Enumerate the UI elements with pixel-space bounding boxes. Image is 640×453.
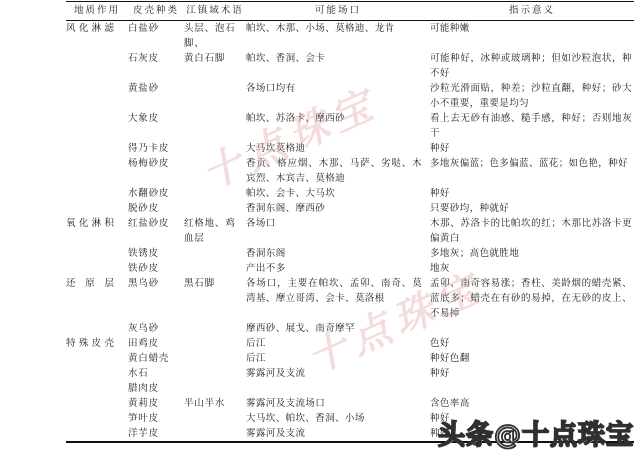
table-row: 石灰皮黄白石脚帕坎、香洞、会卡可能种好，冰种或玻璃种；但如沙粒泡状，种不好 [66, 51, 634, 81]
possible-sites-cell: 大马坎莫格迪 [246, 141, 430, 156]
skin-type-cell: 红盐砂皮 [128, 216, 184, 246]
table-row: 水石雾露河及支流种好 [66, 366, 634, 381]
indication-cell: 含色率高 [430, 396, 634, 411]
local-term-cell [184, 426, 246, 442]
indication-cell: 色好 [430, 336, 634, 351]
header-cell: 皮壳种类 [128, 2, 184, 21]
local-term-cell: 红格地、鸡血层 [184, 216, 246, 246]
indication-cell: 种好 [430, 186, 634, 201]
skin-type-cell: 大象皮 [128, 111, 184, 141]
skin-type-cell: 水石 [128, 366, 184, 381]
table-row: 水翻砂皮帕坎、会卡、大马坎种好 [66, 186, 634, 201]
indication-cell: 木那、苏洛卡的比帕坎的红；木那比苏洛卡更偏黄白 [430, 216, 634, 246]
possible-sites-cell: 香洞东阁 [246, 246, 430, 261]
local-term-cell: 头层、泡石脚、 [184, 21, 246, 52]
category-cell: 风化淋滤 [66, 21, 128, 217]
local-term-cell [184, 111, 246, 141]
jade-skin-table-wrap: 地质作用皮壳种类江镇域术语可能场口指示意义 风化淋滤白盐砂头层、泡石脚、帕坎、木… [66, 1, 634, 443]
scanned-page: 地质作用皮壳种类江镇域术语可能场口指示意义 风化淋滤白盐砂头层、泡石脚、帕坎、木… [0, 0, 640, 453]
skin-type-cell: 石灰皮 [128, 51, 184, 81]
skin-type-cell: 杨梅砂皮 [128, 156, 184, 186]
skin-type-cell: 白盐砂 [128, 21, 184, 52]
skin-type-cell: 笋叶皮 [128, 411, 184, 426]
possible-sites-cell: 雾露河及支流场口 [246, 396, 430, 411]
indication-cell: 种好 [430, 366, 634, 381]
possible-sites-cell: 各场口 [246, 216, 430, 246]
skin-type-cell: 黄白蜡壳 [128, 351, 184, 366]
possible-sites-cell: 产出不多 [246, 261, 430, 276]
header-cell: 地质作用 [66, 2, 128, 21]
indication-cell: 看上去无砂有油感、糙手感，种好；否则地灰干 [430, 111, 634, 141]
local-term-cell [184, 141, 246, 156]
local-term-cell: 黑石脚 [184, 276, 246, 321]
table-row: 铁锈皮香洞东阁多地灰；高色就胜地 [66, 246, 634, 261]
local-term-cell [184, 321, 246, 336]
header-cell: 指示意义 [430, 2, 634, 21]
category-cell: 特殊皮壳 [66, 336, 128, 442]
table-row: 得乃卡皮大马坎莫格迪种好 [66, 141, 634, 156]
local-term-cell [184, 366, 246, 381]
possible-sites-cell: 香贡、格应烟、木那、马萨、劣哒、木宾烈、木宾吉、莫格迪 [246, 156, 430, 186]
possible-sites-cell: 帕坎、木那、小场、莫格迪、龙肯 [246, 21, 430, 52]
table-row: 氧化淋积红盐砂皮红格地、鸡血层各场口木那、苏洛卡的比帕坎的红；木那比苏洛卡更偏黄… [66, 216, 634, 246]
table-row: 黄白蜡壳后江种好色翻 [66, 351, 634, 366]
category-cell: 氧化淋积 [66, 216, 128, 276]
table-row: 黄莉皮半山半水雾露河及支流场口含色率高 [66, 396, 634, 411]
header-cell: 可能场口 [246, 2, 430, 21]
header-cell: 江镇域术语 [184, 2, 246, 21]
possible-sites-cell: 香洞东阁、摩西砂 [246, 201, 430, 216]
local-term-cell [184, 411, 246, 426]
possible-sites-cell: 大马坎、帕坎、香洞、小场 [246, 411, 430, 426]
local-term-cell: 黄白石脚 [184, 51, 246, 81]
table-row: 还原层黑乌砂黑石脚各场口，主要在帕坎、孟卯、南奇、莫湾基、摩立哥湾、会卡、莫洛根… [66, 276, 634, 321]
indication-cell: 种好 [430, 141, 634, 156]
skin-type-cell: 铁锈皮 [128, 246, 184, 261]
possible-sites-cell: 各场口，主要在帕坎、孟卯、南奇、莫湾基、摩立哥湾、会卡、莫洛根 [246, 276, 430, 321]
indication-cell: 可能种好，冰种或玻璃种；但如沙粒泡状，种不好 [430, 51, 634, 81]
category-cell: 还原层 [66, 276, 128, 336]
skin-type-cell: 黄莉皮 [128, 396, 184, 411]
possible-sites-cell [246, 381, 430, 396]
local-term-cell [184, 246, 246, 261]
category-label: 特殊皮壳 [66, 336, 114, 351]
possible-sites-cell: 后江 [246, 336, 430, 351]
table-row: 腊肉皮 [66, 381, 634, 396]
local-term-cell [184, 201, 246, 216]
possible-sites-cell: 雾露河及支流 [246, 426, 430, 442]
table-row: 铁砂皮产出不多地灰 [66, 261, 634, 276]
possible-sites-cell: 帕坎、会卡、大马坎 [246, 186, 430, 201]
table-row: 黄盐砂各场口均有沙粒光滑面贴，种差；沙粒直翻，种好；砂大小不重要，重要是均匀 [66, 81, 634, 111]
local-term-cell [184, 336, 246, 351]
skin-type-cell: 田鸡皮 [128, 336, 184, 351]
local-term-cell [184, 186, 246, 201]
skin-type-cell: 洋芋皮 [128, 426, 184, 442]
indication-cell [430, 321, 634, 336]
indication-cell: 只要砂均，种就好 [430, 201, 634, 216]
skin-type-cell: 腊肉皮 [128, 381, 184, 396]
table-row: 特殊皮壳田鸡皮后江色好 [66, 336, 634, 351]
toutiao-account-badge: 头条@十点珠宝 [438, 413, 634, 452]
table-row: 大象皮帕坎、苏洛卡、摩西砂看上去无砂有油感、糙手感，种好；否则地灰干 [66, 111, 634, 141]
skin-type-cell: 黑乌砂 [128, 276, 184, 321]
local-term-cell: 半山半水 [184, 396, 246, 411]
indication-cell: 地灰 [430, 261, 634, 276]
indication-cell: 多地灰；高色就胜地 [430, 246, 634, 261]
possible-sites-cell: 帕坎、苏洛卡、摩西砂 [246, 111, 430, 141]
possible-sites-cell: 帕坎、香洞、会卡 [246, 51, 430, 81]
indication-cell [430, 381, 634, 396]
possible-sites-cell: 后江 [246, 351, 430, 366]
local-term-cell [184, 156, 246, 186]
local-term-cell [184, 351, 246, 366]
category-label: 氧化淋积 [66, 216, 114, 231]
indication-cell: 孟卯、南奇容易涨；香柱、美龄烟的蜡壳紧、蓝底多；蜡壳在有砂的易掉，在无砂的皮上、… [430, 276, 634, 321]
possible-sites-cell: 各场口均有 [246, 81, 430, 111]
indication-cell: 可能种嫩 [430, 21, 634, 52]
category-label: 风化淋滤 [66, 21, 114, 36]
local-term-cell [184, 261, 246, 276]
skin-type-cell: 铁砂皮 [128, 261, 184, 276]
table-row: 脱砂皮香洞东阁、摩西砂只要砂均，种就好 [66, 201, 634, 216]
local-term-cell [184, 381, 246, 396]
skin-type-cell: 黄盐砂 [128, 81, 184, 111]
category-label: 还原层 [66, 276, 114, 291]
possible-sites-cell: 摩西砂、展戈、南奇摩罕 [246, 321, 430, 336]
skin-type-cell: 脱砂皮 [128, 201, 184, 216]
table-row: 风化淋滤白盐砂头层、泡石脚、帕坎、木那、小场、莫格迪、龙肯可能种嫩 [66, 21, 634, 52]
jade-skin-table: 地质作用皮壳种类江镇域术语可能场口指示意义 风化淋滤白盐砂头层、泡石脚、帕坎、木… [66, 1, 634, 443]
local-term-cell [184, 81, 246, 111]
indication-cell: 多地灰偏蓝；色多偏蓝、蓝花；如色艳，种好 [430, 156, 634, 186]
skin-type-cell: 水翻砂皮 [128, 186, 184, 201]
table-body: 风化淋滤白盐砂头层、泡石脚、帕坎、木那、小场、莫格迪、龙肯可能种嫩石灰皮黄白石脚… [66, 21, 634, 443]
table-header-row: 地质作用皮壳种类江镇域术语可能场口指示意义 [66, 2, 634, 21]
skin-type-cell: 得乃卡皮 [128, 141, 184, 156]
skin-type-cell: 灰乌砂 [128, 321, 184, 336]
indication-cell: 沙粒光滑面贴，种差；沙粒直翻，种好；砂大小不重要，重要是均匀 [430, 81, 634, 111]
table-row: 杨梅砂皮香贡、格应烟、木那、马萨、劣哒、木宾烈、木宾吉、莫格迪多地灰偏蓝；色多偏… [66, 156, 634, 186]
possible-sites-cell: 雾露河及支流 [246, 366, 430, 381]
table-row: 灰乌砂摩西砂、展戈、南奇摩罕 [66, 321, 634, 336]
indication-cell: 种好色翻 [430, 351, 634, 366]
